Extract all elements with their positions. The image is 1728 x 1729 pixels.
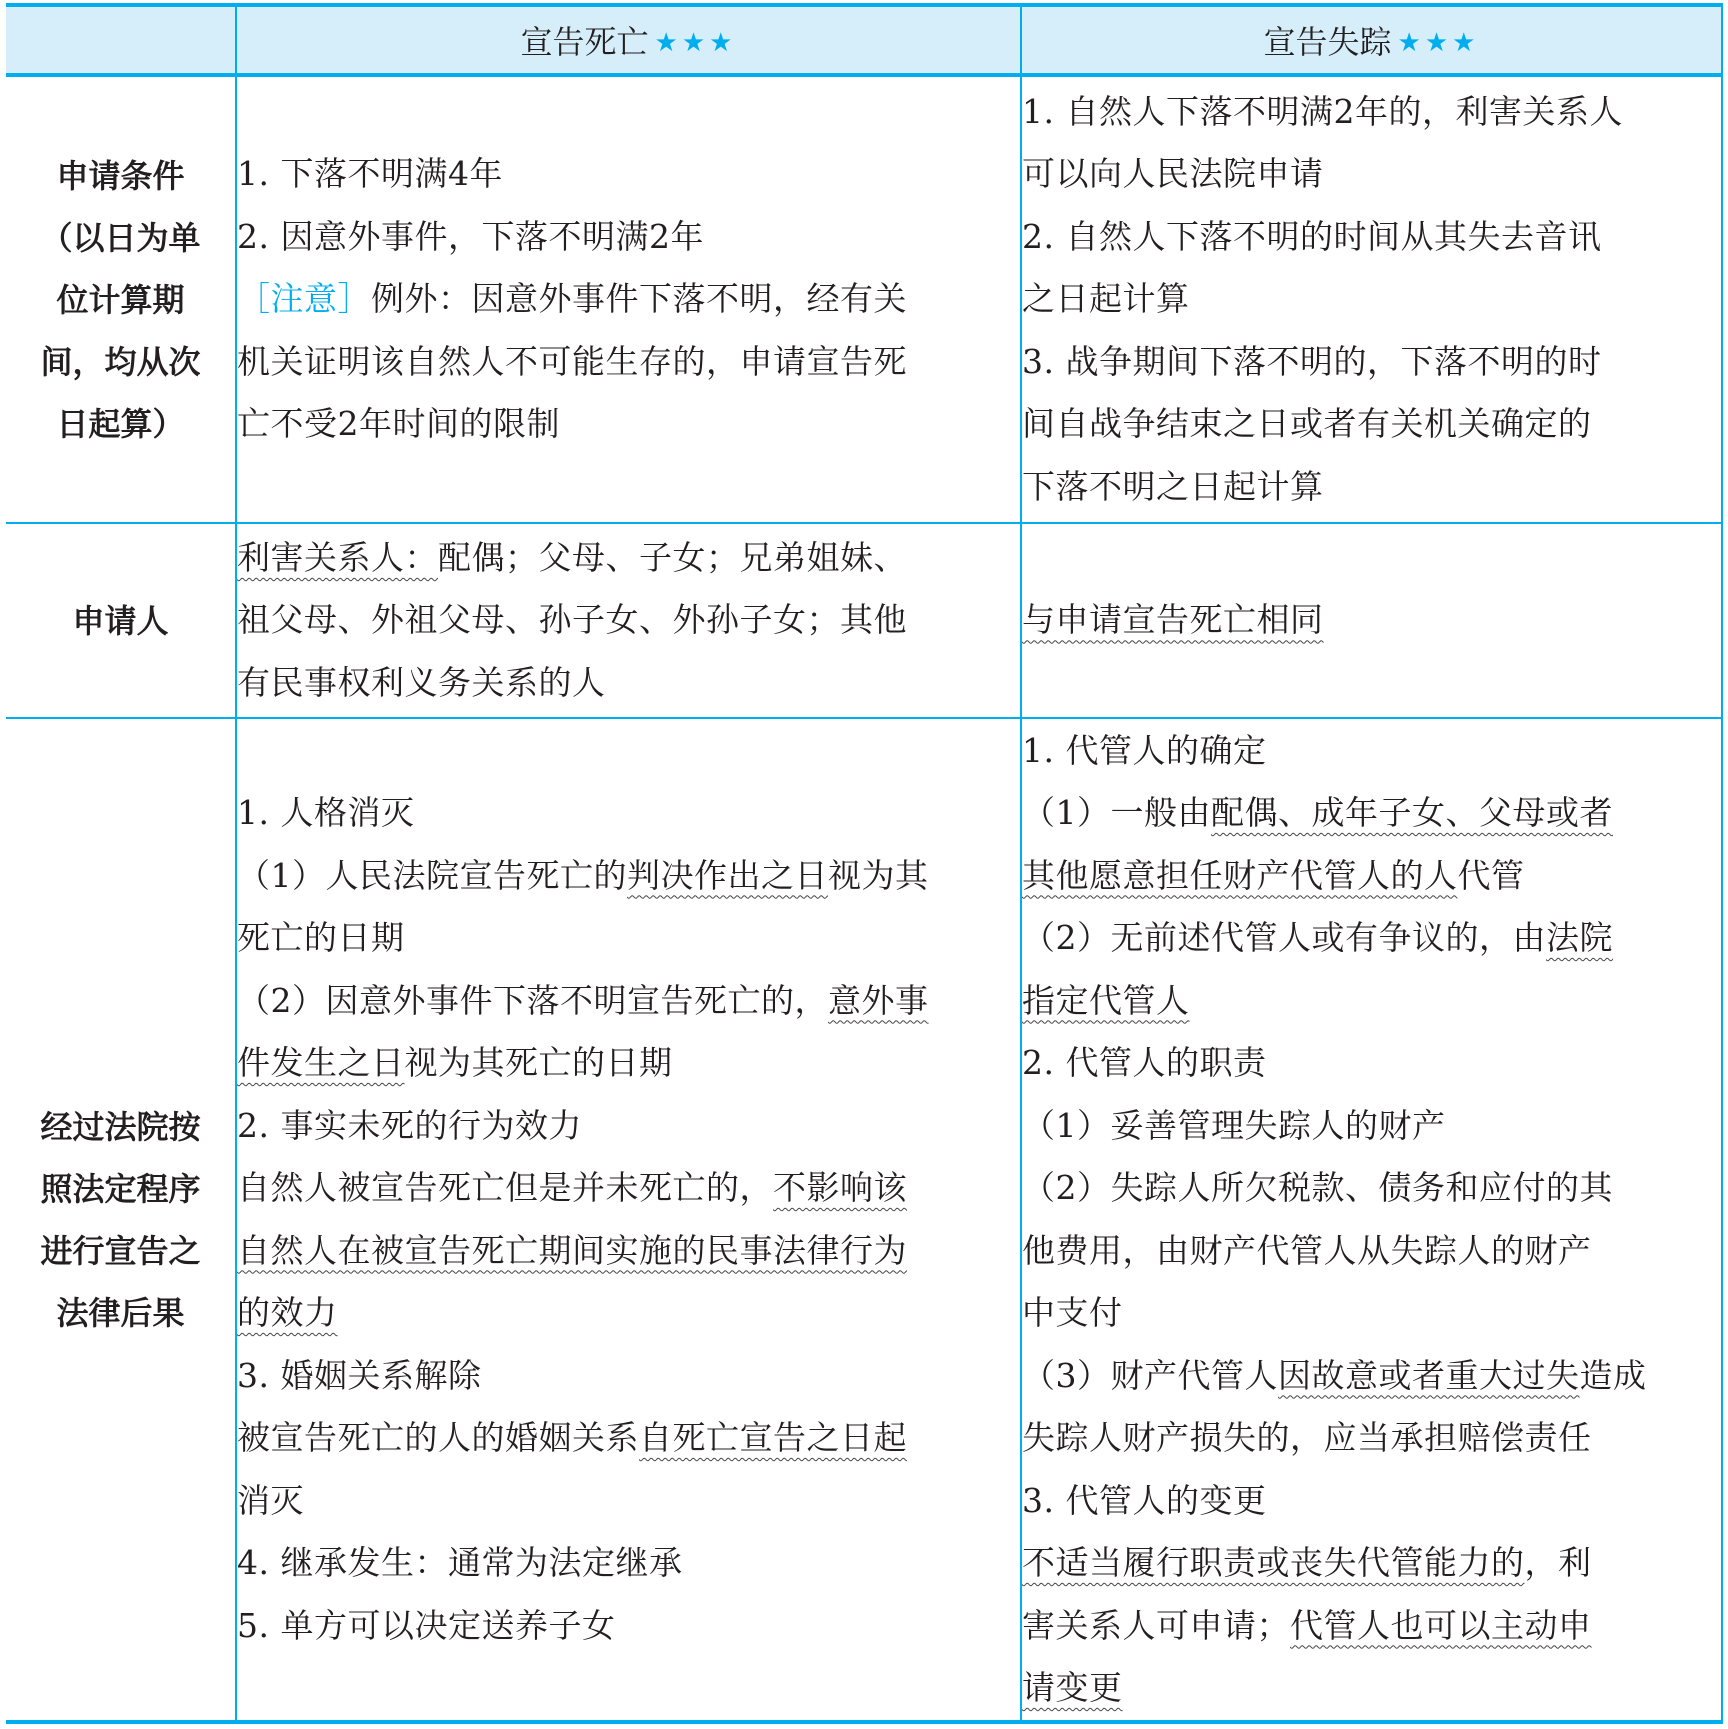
emphasized-text: 配偶、成年子女、父母或者: [1211, 793, 1613, 832]
star-rating-icon: ★★★: [655, 28, 737, 58]
cell-declare-death: 利害关系人：配偶；父母、子女；兄弟姐妹、祖父母、外祖父母、孙子女、外孙子女；其他…: [236, 523, 1021, 718]
text-segment: 有民事权利义务关系的人: [237, 663, 606, 702]
text-segment: 自然人被宣告死亡但是并未死亡的，: [237, 1168, 773, 1207]
cell-declare-death: 1. 人格消灭（1）人民法院宣告死亡的判决作出之日视为其死亡的日期（2）因意外事…: [236, 718, 1021, 1722]
cell-text-line: 亡不受2年时间的限制: [237, 393, 1020, 456]
text-segment: 失踪人财产损失的，应当承担赔偿责任: [1022, 1418, 1592, 1457]
text-segment: 视为其: [828, 856, 929, 895]
cell-text-line: 1. 自然人下落不明满2年的，利害关系人: [1022, 81, 1721, 144]
text-segment: （2）无前述代管人或有争议的，由: [1022, 918, 1546, 957]
cell-text-line: 被宣告死亡的人的婚姻关系自死亡宣告之日起: [237, 1407, 1020, 1470]
emphasized-text: 代管人也可以主动申: [1290, 1606, 1592, 1645]
text-segment: （2）失踪人所欠税款、债务和应付的其: [1022, 1168, 1613, 1207]
header-title: 宣告死亡: [521, 23, 649, 61]
text-segment: 害关系人可申请；: [1022, 1606, 1290, 1645]
cell-text-line: 指定代管人: [1022, 970, 1721, 1033]
table-row-legal-consequences: 经过法院按照法定程序进行宣告之法律后果 1. 人格消灭（1）人民法院宣告死亡的判…: [6, 718, 1722, 1722]
header-title: 宣告失踪: [1264, 23, 1392, 61]
text-segment: 3. 婚姻关系解除: [237, 1356, 481, 1395]
text-segment: 4. 继承发生：通常为法定继承: [237, 1543, 682, 1582]
cell-declare-death: 1. 下落不明满4年2. 因意外事件，下落不明满2年［注意］例外：因意外事件下落…: [236, 75, 1021, 523]
header-corner-cell: [6, 5, 236, 75]
emphasized-text: 件发生之日: [237, 1043, 405, 1082]
cell-text-line: 死亡的日期: [237, 907, 1020, 970]
cell-text-line: 1. 代管人的确定: [1022, 720, 1721, 783]
text-segment: 视为其死亡的日期: [405, 1043, 673, 1082]
cell-text-line: 失踪人财产损失的，应当承担赔偿责任: [1022, 1407, 1721, 1470]
emphasized-text: 其他愿意担任财产代管人的人: [1022, 856, 1458, 895]
cell-text-line: （2）无前述代管人或有争议的，由法院: [1022, 907, 1721, 970]
row-label-line: （以日为单: [6, 207, 235, 269]
emphasized-text: 指定代管人: [1022, 981, 1190, 1020]
header-declare-missing: 宣告失踪★★★: [1021, 5, 1722, 75]
cell-text-line: 不适当履行职责或丧失代管能力的，利: [1022, 1532, 1721, 1595]
table-row-application-conditions: 申请条件（以日为单位计算期间，均从次日起算） 1. 下落不明满4年2. 因意外事…: [6, 75, 1722, 523]
emphasized-text: 自然人在被宣告死亡期间实施的民事法律行为: [237, 1231, 907, 1270]
text-segment: 他费用，由财产代管人从失踪人的财产: [1022, 1231, 1592, 1270]
cell-text-line: 2. 自然人下落不明的时间从其失去音讯: [1022, 206, 1721, 269]
cell-text-line: 1. 人格消灭: [237, 782, 1020, 845]
cell-declare-missing: 1. 自然人下落不明满2年的，利害关系人可以向人民法院申请2. 自然人下落不明的…: [1021, 75, 1722, 523]
text-segment: （2）因意外事件下落不明宣告死亡的，: [237, 981, 828, 1020]
cell-text-line: 机关证明该自然人不可能生存的，申请宣告死: [237, 331, 1020, 394]
text-segment: 1. 下落不明满4年: [237, 154, 503, 193]
emphasized-text: 的效力: [237, 1293, 338, 1332]
cell-text-line: 间自战争结束之日或者有关机关确定的: [1022, 393, 1721, 456]
cell-text-line: 件发生之日视为其死亡的日期: [237, 1032, 1020, 1095]
text-segment: 代管: [1458, 856, 1525, 895]
cell-text-line: 2. 因意外事件，下落不明满2年: [237, 206, 1020, 269]
cell-declare-missing: 与申请宣告死亡相同: [1021, 523, 1722, 718]
text-segment: 1. 自然人下落不明满2年的，利害关系人: [1022, 92, 1623, 131]
text-segment: 5. 单方可以决定送养子女: [237, 1606, 615, 1645]
text-segment: 祖父母、外祖父母、孙子女、外孙子女；其他: [237, 600, 907, 639]
cell-text-line: 之日起计算: [1022, 268, 1721, 331]
text-segment: 造成: [1580, 1356, 1647, 1395]
text-segment: 被宣告死亡的人的婚姻关系: [237, 1418, 639, 1457]
text-segment: 2. 因意外事件，下落不明满2年: [237, 217, 704, 256]
text-segment: 2. 自然人下落不明的时间从其失去音讯: [1022, 217, 1601, 256]
cell-text-line: 5. 单方可以决定送养子女: [237, 1595, 1020, 1658]
note-tag: ［注意］: [237, 279, 371, 318]
emphasized-text: 与申请宣告死亡相同: [1022, 600, 1324, 639]
cell-text-line: 自然人在被宣告死亡期间实施的民事法律行为: [237, 1220, 1020, 1283]
cell-text-line: 可以向人民法院申请: [1022, 143, 1721, 206]
row-label: 经过法院按照法定程序进行宣告之法律后果: [6, 718, 236, 1722]
text-segment: 配偶；父母、子女；兄弟姐妹、: [438, 538, 907, 577]
cell-text-line: 1. 下落不明满4年: [237, 143, 1020, 206]
cell-text-line: 自然人被宣告死亡但是并未死亡的，不影响该: [237, 1157, 1020, 1220]
cell-text-line: （2）因意外事件下落不明宣告死亡的，意外事: [237, 970, 1020, 1033]
text-segment: 1. 人格消灭: [237, 793, 414, 832]
row-label-line: 申请条件: [6, 145, 235, 207]
emphasized-text: 意外事: [828, 981, 929, 1020]
text-segment: 之日起计算: [1022, 279, 1190, 318]
declaration-comparison-table: 宣告死亡★★★ 宣告失踪★★★ 申请条件（以日为单位计算期间，均从次日起算） 1…: [6, 3, 1723, 1724]
comparison-table-container: 宣告死亡★★★ 宣告失踪★★★ 申请条件（以日为单位计算期间，均从次日起算） 1…: [6, 3, 1722, 1724]
row-label-line: 间，均从次: [6, 331, 235, 393]
emphasized-text: 利害关系人：: [237, 538, 438, 577]
cell-text-line: 2. 事实未死的行为效力: [237, 1095, 1020, 1158]
text-segment: 下落不明之日起计算: [1022, 467, 1324, 506]
row-label-line: 经过法院按: [6, 1096, 235, 1158]
table-row-applicant: 申请人 利害关系人：配偶；父母、子女；兄弟姐妹、祖父母、外祖父母、孙子女、外孙子…: [6, 523, 1722, 718]
row-label-line: 进行宣告之: [6, 1220, 235, 1282]
cell-text-line: 与申请宣告死亡相同: [1022, 589, 1721, 652]
text-segment: 例外：因意外事件下落不明，经有关: [371, 279, 907, 318]
text-segment: 消灭: [237, 1481, 304, 1520]
row-label-line: 申请人: [6, 590, 235, 652]
text-segment: （1）一般由: [1022, 793, 1211, 832]
cell-text-line: 害关系人可申请；代管人也可以主动申: [1022, 1595, 1721, 1658]
cell-text-line: 3. 战争期间下落不明的，下落不明的时: [1022, 331, 1721, 394]
row-label-line: 日起算）: [6, 393, 235, 455]
table-header-row: 宣告死亡★★★ 宣告失踪★★★: [6, 5, 1722, 75]
emphasized-text: 因故意或者重大过失: [1278, 1356, 1580, 1395]
cell-text-line: （1）妥善管理失踪人的财产: [1022, 1095, 1721, 1158]
cell-text-line: （1）一般由配偶、成年子女、父母或者: [1022, 782, 1721, 845]
text-segment: 间自战争结束之日或者有关机关确定的: [1022, 404, 1592, 443]
emphasized-text: 不适当履行职责或丧失代管能力的: [1022, 1543, 1525, 1582]
text-segment: 2. 事实未死的行为效力: [237, 1106, 582, 1145]
cell-text-line: 祖父母、外祖父母、孙子女、外孙子女；其他: [237, 589, 1020, 652]
cell-text-line: 的效力: [237, 1282, 1020, 1345]
text-segment: （3）财产代管人: [1022, 1356, 1278, 1395]
cell-text-line: 利害关系人：配偶；父母、子女；兄弟姐妹、: [237, 527, 1020, 590]
header-declare-death: 宣告死亡★★★: [236, 5, 1021, 75]
cell-text-line: ［注意］例外：因意外事件下落不明，经有关: [237, 268, 1020, 331]
cell-text-line: 消灭: [237, 1470, 1020, 1533]
text-segment: （1）妥善管理失踪人的财产: [1022, 1106, 1446, 1145]
text-segment: 2. 代管人的职责: [1022, 1043, 1266, 1082]
cell-text-line: 2. 代管人的职责: [1022, 1032, 1721, 1095]
emphasized-text: 法院: [1546, 918, 1613, 957]
emphasized-text: 判决作出之日: [627, 856, 828, 895]
emphasized-text: 自死亡宣告之日起: [639, 1418, 907, 1457]
text-segment: 中支付: [1022, 1293, 1123, 1332]
cell-text-line: 他费用，由财产代管人从失踪人的财产: [1022, 1220, 1721, 1283]
emphasized-text: 不影响该: [773, 1168, 907, 1207]
row-label: 申请人: [6, 523, 236, 718]
row-label-line: 照法定程序: [6, 1158, 235, 1220]
cell-text-line: 3. 婚姻关系解除: [237, 1345, 1020, 1408]
text-segment: 亡不受2年时间的限制: [237, 404, 560, 443]
text-segment: ，利: [1525, 1543, 1592, 1582]
row-label-line: 位计算期: [6, 269, 235, 331]
text-segment: 死亡的日期: [237, 918, 405, 957]
row-label-line: 法律后果: [6, 1282, 235, 1344]
cell-text-line: （2）失踪人所欠税款、债务和应付的其: [1022, 1157, 1721, 1220]
cell-text-line: （3）财产代管人因故意或者重大过失造成: [1022, 1345, 1721, 1408]
cell-declare-missing: 1. 代管人的确定（1）一般由配偶、成年子女、父母或者其他愿意担任财产代管人的人…: [1021, 718, 1722, 1722]
text-segment: 机关证明该自然人不可能生存的，申请宣告死: [237, 342, 907, 381]
cell-text-line: 中支付: [1022, 1282, 1721, 1345]
cell-text-line: 3. 代管人的变更: [1022, 1470, 1721, 1533]
cell-text-line: 其他愿意担任财产代管人的人代管: [1022, 845, 1721, 908]
cell-text-line: 请变更: [1022, 1657, 1721, 1720]
cell-text-line: 下落不明之日起计算: [1022, 456, 1721, 519]
cell-text-line: 4. 继承发生：通常为法定继承: [237, 1532, 1020, 1595]
emphasized-text: 请变更: [1022, 1668, 1123, 1707]
text-segment: 3. 战争期间下落不明的，下落不明的时: [1022, 342, 1601, 381]
text-segment: 可以向人民法院申请: [1022, 154, 1324, 193]
cell-text-line: （1）人民法院宣告死亡的判决作出之日视为其: [237, 845, 1020, 908]
row-label: 申请条件（以日为单位计算期间，均从次日起算）: [6, 75, 236, 523]
text-segment: （1）人民法院宣告死亡的: [237, 856, 627, 895]
text-segment: 3. 代管人的变更: [1022, 1481, 1266, 1520]
star-rating-icon: ★★★: [1398, 28, 1480, 58]
cell-text-line: 有民事权利义务关系的人: [237, 652, 1020, 715]
text-segment: 1. 代管人的确定: [1022, 731, 1266, 770]
